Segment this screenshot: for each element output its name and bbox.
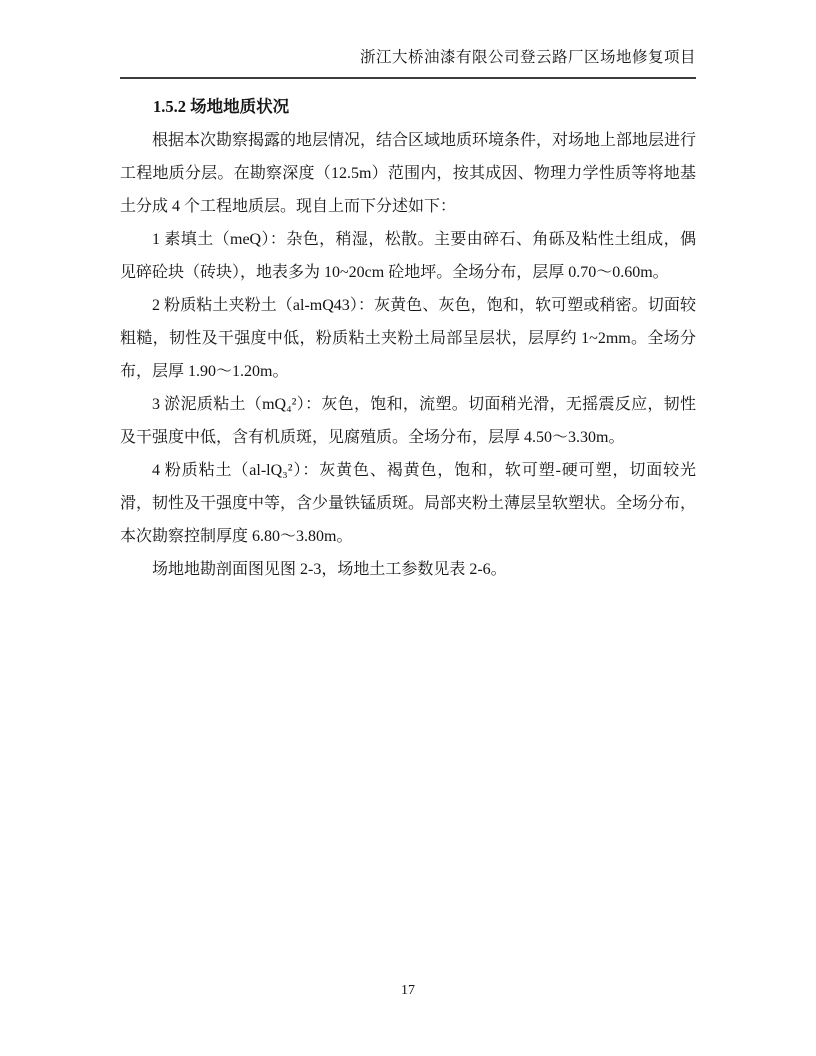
paragraph-intro: 根据本次勘察揭露的地层情况，结合区域地质环境条件，对场地上部地层进行工程地质分层… [120,124,696,223]
document-body: 1.5.2 场地地质状况 根据本次勘察揭露的地层情况，结合区域地质环境条件，对场… [120,90,696,586]
page-header: 浙江大桥油漆有限公司登云路厂区场地修复项目 [120,46,696,79]
header-rule [120,77,696,79]
page-footer: 17 [0,981,816,1000]
paragraph-layer-3: 3 淤泥质粘土（mQ₄²）：灰色，饱和，流塑。切面稍光滑，无摇震反应，韧性及干强… [120,388,696,454]
paragraph-layer-4: 4 粉质粘土（al-lQ₃²）：灰黄色、褐黄色，饱和，软可塑-硬可塑，切面较光滑… [120,454,696,553]
section-heading: 1.5.2 场地地质状况 [120,90,696,124]
paragraph-layer-2: 2 粉质粘土夹粉土（al-mQ43）：灰黄色、灰色，饱和，软可塑或稍密。切面较粗… [120,289,696,388]
paragraph-layer-1: 1 素填土（meQ）：杂色，稍湿，松散。主要由碎石、角砾及粘性土组成，偶见碎砼块… [120,223,696,289]
page-number: 17 [401,983,415,998]
paragraph-reference: 场地地勘剖面图见图 2-3，场地土工参数见表 2-6。 [120,553,696,586]
header-title: 浙江大桥油漆有限公司登云路厂区场地修复项目 [120,46,696,70]
document-page: 浙江大桥油漆有限公司登云路厂区场地修复项目 1.5.2 场地地质状况 根据本次勘… [0,0,816,1056]
